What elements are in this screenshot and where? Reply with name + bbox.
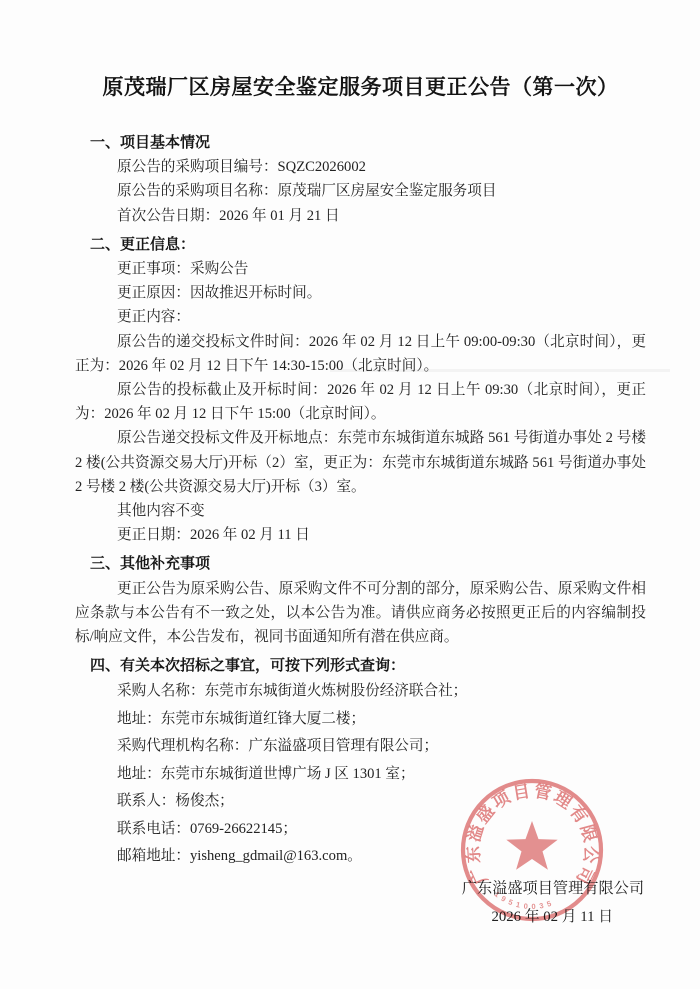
announcement-document: 原茂瑞厂区房屋安全鉴定服务项目更正公告（第一次） 一、项目基本情况 原公告的采购… (0, 0, 700, 989)
field-project-number: 原公告的采购项目编号：SQZC2026002 (75, 155, 646, 179)
field-contact-person: 联系人：杨俊杰； (75, 788, 646, 816)
paragraph-supplementary-notice: 更正公告为原采购公告、原采购文件不可分割的部分，原采购公告、原采购文件相应条款与… (75, 577, 646, 650)
section-supplementary-matters: 三、其他补充事项 更正公告为原采购公告、原采购文件不可分割的部分，原采购公告、原… (75, 552, 646, 649)
section-heading-inquiry: 四、有关本次招标之事宜，可按下列形式查询： (90, 654, 646, 678)
field-purchaser-name: 采购人名称：东莞市东城街道火炼树股份经济联合社； (75, 678, 646, 706)
field-correction-date: 更正日期：2026 年 02 月 11 日 (75, 523, 646, 547)
signature-company: 广东溢盛项目管理有限公司 (75, 875, 646, 903)
section-basic-info: 一、项目基本情况 原公告的采购项目编号：SQZC2026002 原公告的采购项目… (75, 131, 646, 228)
field-correction-content-label: 更正内容： (75, 305, 646, 329)
section-heading-supplementary: 三、其他补充事项 (90, 552, 646, 576)
field-purchaser-address: 地址：东莞市东城街道红锋大厦二楼； (75, 706, 646, 734)
field-project-name: 原公告的采购项目名称：原茂瑞厂区房屋安全鉴定服务项目 (75, 179, 646, 203)
field-correction-reason: 更正原因：因故推迟开标时间。 (75, 281, 646, 305)
field-agency-name: 采购代理机构名称：广东溢盛项目管理有限公司； (75, 733, 646, 761)
paragraph-submission-time-change: 原公告的递交投标文件时间：2026 年 02 月 12 日上午 09:00-09… (75, 330, 646, 378)
signature-date: 2026 年 02 月 11 日 (75, 903, 646, 931)
paragraph-bid-opening-location-change: 原公告递交投标文件及开标地点：东莞市东城街道东城路 561 号街道办事处 2 号… (75, 426, 646, 499)
field-correction-item: 更正事项：采购公告 (75, 257, 646, 281)
signature-block: 广东溢盛项目管理有限公司 2026 年 02 月 11 日 (75, 875, 646, 931)
page-title: 原茂瑞厂区房屋安全鉴定服务项目更正公告（第一次） (75, 73, 646, 103)
section-heading-correction-info: 二、更正信息： (90, 233, 646, 257)
field-first-announcement-date: 首次公告日期：2026 年 01 月 21 日 (75, 204, 646, 228)
section-correction-info: 二、更正信息： 更正事项：采购公告 更正原因：因故推迟开标时间。 更正内容： 原… (75, 233, 646, 548)
field-contact-phone: 联系电话：0769-26622145； (75, 816, 646, 844)
field-other-content-unchanged: 其他内容不变 (75, 499, 646, 523)
paragraph-bid-opening-time-change: 原公告的投标截止及开标时间：2026 年 02 月 12 日上午 09:30（北… (75, 378, 646, 426)
section-inquiry-contacts: 四、有关本次招标之事宜，可按下列形式查询： 采购人名称：东莞市东城街道火炼树股份… (75, 654, 646, 871)
section-heading-basic-info: 一、项目基本情况 (90, 131, 646, 155)
field-agency-address: 地址：东莞市东城街道世博广场 J 区 1301 室； (75, 761, 646, 789)
field-contact-email: 邮箱地址：yisheng_gdmail@163.com。 (75, 843, 646, 871)
document-content: 原茂瑞厂区房屋安全鉴定服务项目更正公告（第一次） 一、项目基本情况 原公告的采购… (75, 73, 646, 931)
